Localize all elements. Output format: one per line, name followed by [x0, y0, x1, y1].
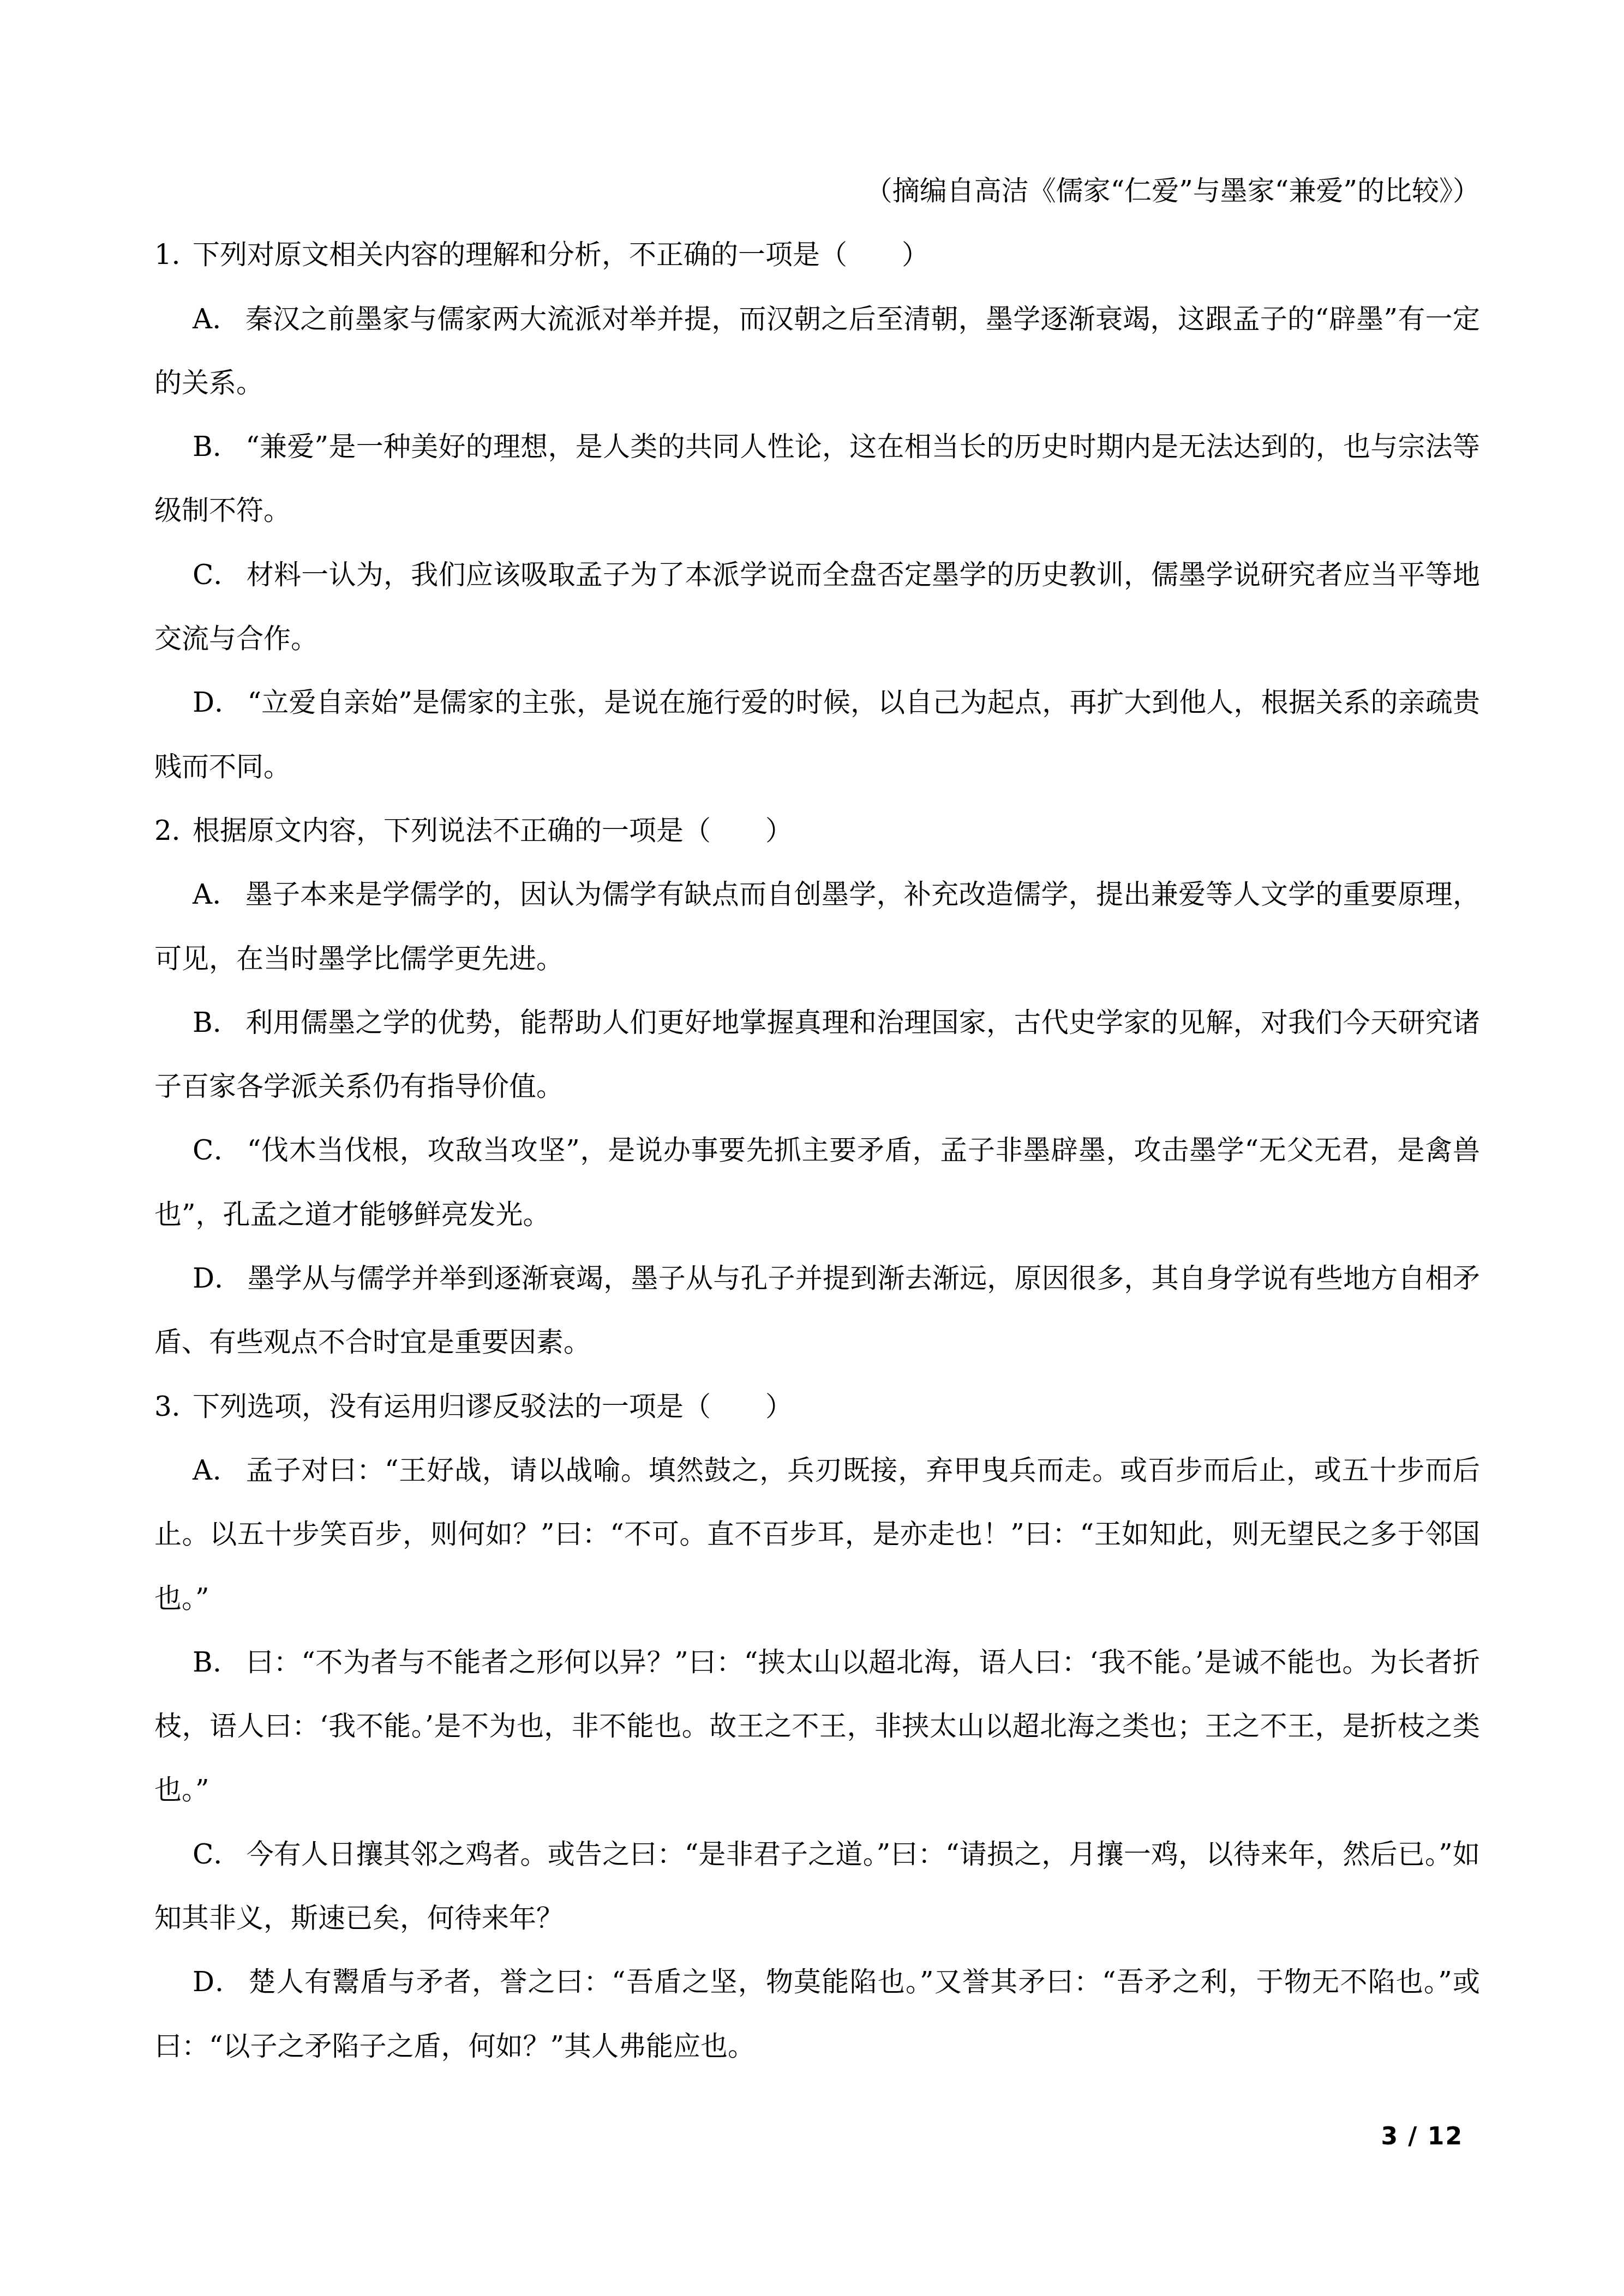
- option-label: D．: [193, 687, 242, 718]
- option-text: 秦汉之前墨家与儒家两大流派对举并提，而汉朝之后至清朝，墨学逐渐衰竭，这跟孟子的“…: [154, 303, 1480, 399]
- option-label: D．: [193, 1966, 243, 1998]
- option-d: D．“立爱自亲始”是儒家的主张，是说在施行爱的时候，以自己为起点，再扩大到他人，…: [154, 671, 1480, 799]
- option-label: B．: [193, 431, 240, 462]
- option-label: A．: [193, 1454, 241, 1486]
- source-citation: （摘编自高洁《儒家“仁爱”与墨家“兼爱”的比较》）: [154, 159, 1480, 223]
- option-text: 曰：“不为者与不能者之形何以异？”曰：“挟太山以超北海，语人曰：‘我不能。’是诚…: [154, 1646, 1480, 1806]
- option-c: C．材料一认为，我们应该吸取孟子为了本派学说而全盘否定墨学的历史教训，儒墨学说研…: [154, 543, 1480, 671]
- question-stem: 2．根据原文内容，下列说法不正确的一项是（）: [154, 799, 1480, 863]
- question-number: 2．: [154, 799, 193, 863]
- page-content: （摘编自高洁《儒家“仁爱”与墨家“兼爱”的比较》） 1．下列对原文相关内容的理解…: [154, 159, 1480, 2078]
- option-label: C．: [193, 559, 241, 591]
- question-1: 1．下列对原文相关内容的理解和分析，不正确的一项是（） A．秦汉之前墨家与儒家两…: [154, 223, 1480, 799]
- option-b: B．利用儒墨之学的优势，能帮助人们更好地掌握真理和治理国家，古代史学家的见解，对…: [154, 991, 1480, 1119]
- question-paren-close: ）: [902, 239, 929, 271]
- option-text: 墨子本来是学儒学的，因认为儒学有缺点而自创墨学，补充改造儒学，提出兼爱等人文学的…: [154, 879, 1480, 974]
- question-text: 下列选项，没有运用归谬反驳法的一项是（: [193, 1391, 711, 1422]
- option-label: C．: [193, 1838, 241, 1870]
- page-number: 3 / 12: [1381, 2123, 1463, 2150]
- option-b: B．曰：“不为者与不能者之形何以异？”曰：“挟太山以超北海，语人曰：‘我不能。’…: [154, 1631, 1480, 1823]
- question-text: 下列对原文相关内容的理解和分析，不正确的一项是（: [193, 239, 847, 271]
- option-label: B．: [193, 1646, 241, 1678]
- option-text: 今有人日攘其邻之鸡者。或告之曰：“是非君子之道。”曰：“请损之，月攘一鸡，以待来…: [154, 1838, 1480, 1934]
- option-label: A．: [193, 303, 240, 335]
- question-paren-close: ）: [765, 815, 793, 846]
- question-stem: 1．下列对原文相关内容的理解和分析，不正确的一项是（）: [154, 223, 1480, 287]
- option-text: 利用儒墨之学的优势，能帮助人们更好地掌握真理和治理国家，古代史学家的见解，对我们…: [154, 1007, 1480, 1102]
- option-c: C．“伐木当伐根，攻敌当攻坚”，是说办事要先抓主要矛盾，孟子非墨辟墨，攻击墨学“…: [154, 1119, 1480, 1247]
- option-text: “立爱自亲始”是儒家的主张，是说在施行爱的时候，以自己为起点，再扩大到他人，根据…: [154, 687, 1480, 782]
- question-number: 3．: [154, 1375, 193, 1439]
- question-stem: 3．下列选项，没有运用归谬反驳法的一项是（）: [154, 1375, 1480, 1439]
- option-text: 孟子对曰：“王好战，请以战喻。填然鼓之，兵刃既接，弃甲曳兵而走。或百步而后止，或…: [154, 1454, 1480, 1614]
- option-text: “兼爱”是一种美好的理想，是人类的共同人性论，这在相当长的历史时期内是无法达到的…: [154, 431, 1480, 526]
- option-a: A．秦汉之前墨家与儒家两大流派对举并提，而汉朝之后至清朝，墨学逐渐衰竭，这跟孟子…: [154, 287, 1480, 416]
- option-text: 材料一认为，我们应该吸取孟子为了本派学说而全盘否定墨学的历史教训，儒墨学说研究者…: [154, 559, 1480, 654]
- option-label: C．: [193, 1134, 242, 1166]
- question-2: 2．根据原文内容，下列说法不正确的一项是（） A．墨子本来是学儒学的，因认为儒学…: [154, 799, 1480, 1375]
- option-d: D．楚人有鬻盾与矛者，誉之曰：“吾盾之坚，物莫能陷也。”又誉其矛曰：“吾矛之利，…: [154, 1950, 1480, 2078]
- option-b: B．“兼爱”是一种美好的理想，是人类的共同人性论，这在相当长的历史时期内是无法达…: [154, 415, 1480, 543]
- option-text: 楚人有鬻盾与矛者，誉之曰：“吾盾之坚，物莫能陷也。”又誉其矛曰：“吾矛之利，于物…: [154, 1966, 1480, 2061]
- option-d: D．墨学从与儒学并举到逐渐衰竭，墨子从与孔子并提到渐去渐远，原因很多，其自身学说…: [154, 1247, 1480, 1375]
- option-label: D．: [193, 1263, 242, 1294]
- question-3: 3．下列选项，没有运用归谬反驳法的一项是（） A．孟子对曰：“王好战，请以战喻。…: [154, 1375, 1480, 2078]
- option-c: C．今有人日攘其邻之鸡者。或告之曰：“是非君子之道。”曰：“请损之，月攘一鸡，以…: [154, 1823, 1480, 1951]
- document-page: （摘编自高洁《儒家“仁爱”与墨家“兼爱”的比较》） 1．下列对原文相关内容的理解…: [0, 0, 1624, 2296]
- option-label: B．: [193, 1007, 240, 1038]
- question-paren-close: ）: [765, 1391, 793, 1422]
- option-a: A．孟子对曰：“王好战，请以战喻。填然鼓之，兵刃既接，弃甲曳兵而走。或百步而后止…: [154, 1439, 1480, 1631]
- option-a: A．墨子本来是学儒学的，因认为儒学有缺点而自创墨学，补充改造儒学，提出兼爱等人文…: [154, 863, 1480, 991]
- option-text: 墨学从与儒学并举到逐渐衰竭，墨子从与孔子并提到渐去渐远，原因很多，其自身学说有些…: [154, 1263, 1480, 1358]
- question-number: 1．: [154, 223, 193, 287]
- option-label: A．: [193, 879, 240, 910]
- option-text: “伐木当伐根，攻敌当攻坚”，是说办事要先抓主要矛盾，孟子非墨辟墨，攻击墨学“无父…: [154, 1134, 1480, 1230]
- question-text: 根据原文内容，下列说法不正确的一项是（: [193, 815, 711, 846]
